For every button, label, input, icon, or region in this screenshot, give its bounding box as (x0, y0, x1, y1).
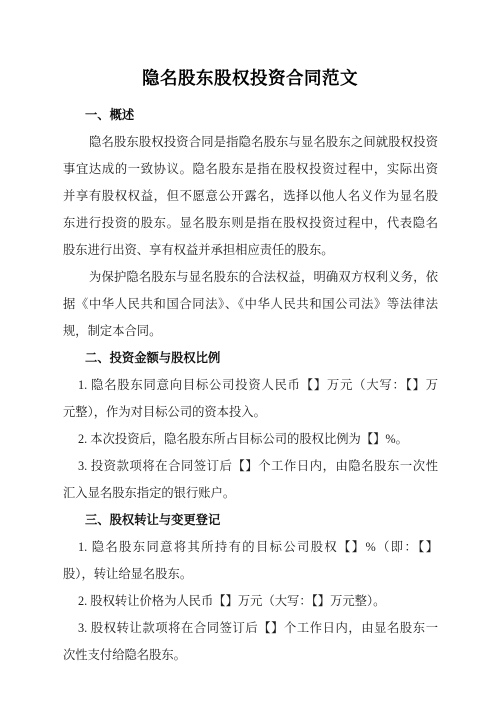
section-heading: 二、投资金额与股权比例 (63, 345, 438, 372)
text-line: 事宜达成的一致协议。隐名股东是指在股权投资过程中，实际出资 (63, 156, 438, 183)
text-line: 2. 本次投资后，隐名股东所占目标公司的股权比例为【】%。 (63, 426, 438, 453)
text-line: 股），转让给显名股东。 (63, 561, 438, 588)
text-line: 1. 隐名股东同意将其所持有的目标公司股权【】%（即：【】 (63, 534, 438, 561)
text-line: 股东进行出资、享有权益并承担相应责任的股东。 (63, 237, 438, 264)
paragraph: 1. 隐名股东同意将其所持有的目标公司股权【】%（即：【】股），转让给显名股东。 (63, 534, 438, 588)
text-line: 3. 股权转让款项将在合同签订后【】个工作日内，由显名股东一 (63, 615, 438, 642)
paragraph: 3. 股权转让款项将在合同签订后【】个工作日内，由显名股东一次性支付给隐名股东。 (63, 615, 438, 669)
document-page: 隐名股东股权投资合同范文 一、概述隐名股东股权投资合同是指隐名股东与显名股东之间… (0, 0, 500, 707)
paragraph: 为保护隐名股东与显名股东的合法权益，明确双方权利义务，依据《中华人民共和国合同法… (63, 264, 438, 345)
text-line: 3. 投资款项将在合同签订后【】个工作日内，由隐名股东一次性 (63, 453, 438, 480)
text-line: 元整），作为对目标公司的资本投入。 (63, 399, 438, 426)
text-line: 并享有股权权益，但不愿意公开露名，选择以他人名义作为显名股 (63, 183, 438, 210)
paragraph: 2. 本次投资后，隐名股东所占目标公司的股权比例为【】%。 (63, 426, 438, 453)
text-line: 规，制定本合同。 (63, 318, 438, 345)
section-heading: 一、概述 (63, 102, 438, 129)
text-line: 隐名股东股权投资合同是指隐名股东与显名股东之间就股权投资 (63, 129, 438, 156)
section-heading: 三、股权转让与变更登记 (63, 507, 438, 534)
paragraph: 1. 隐名股东同意向目标公司投资人民币【】万元（大写：【】万元整），作为对目标公… (63, 372, 438, 426)
text-line: 东进行投资的股东。显名股东则是指在股权投资过程中，代表隐名 (63, 210, 438, 237)
paragraph: 2. 股权转让价格为人民币【】万元（大写：【】万元整）。 (63, 588, 438, 615)
text-line: 据《中华人民共和国合同法》、《中华人民共和国公司法》等法律法 (63, 291, 438, 318)
text-line: 1. 隐名股东同意向目标公司投资人民币【】万元（大写：【】万 (63, 372, 438, 399)
text-line: 汇入显名股东指定的银行账户。 (63, 480, 438, 507)
text-line: 为保护隐名股东与显名股东的合法权益，明确双方权利义务，依 (63, 264, 438, 291)
document-body: 一、概述隐名股东股权投资合同是指隐名股东与显名股东之间就股权投资事宜达成的一致协… (63, 102, 438, 669)
paragraph: 隐名股东股权投资合同是指隐名股东与显名股东之间就股权投资事宜达成的一致协议。隐名… (63, 129, 438, 264)
document-title: 隐名股东股权投资合同范文 (0, 64, 500, 92)
text-line: 次性支付给隐名股东。 (63, 642, 438, 669)
paragraph: 3. 投资款项将在合同签订后【】个工作日内，由隐名股东一次性汇入显名股东指定的银… (63, 453, 438, 507)
text-line: 2. 股权转让价格为人民币【】万元（大写：【】万元整）。 (63, 588, 438, 615)
